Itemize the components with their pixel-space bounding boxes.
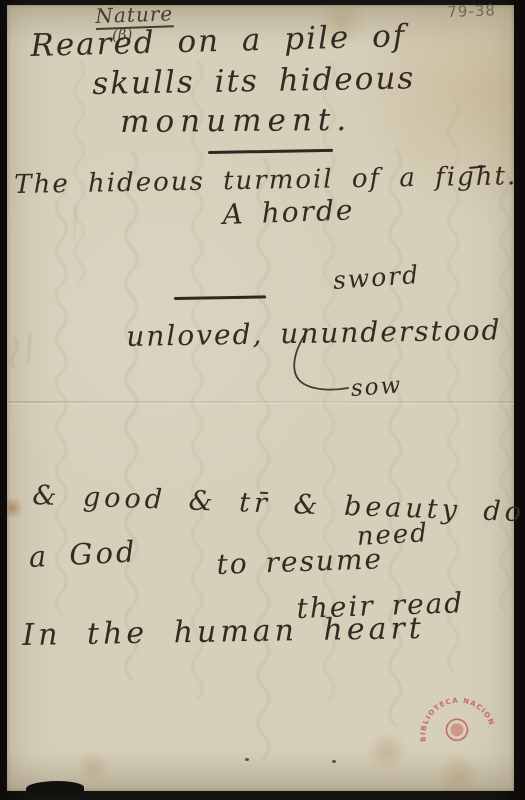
handwritten-rule xyxy=(208,149,333,154)
handwritten-rule xyxy=(174,295,266,299)
stamp-emblem-core xyxy=(449,722,465,738)
manuscript-line: sow xyxy=(350,372,403,402)
manuscript-line: monument. xyxy=(120,102,352,140)
manuscript-line: & good & tr̄ & beauty do not xyxy=(32,480,525,531)
manuscript-line: skulls its hideous xyxy=(92,60,416,102)
manuscript-line: The hideous turmoil of a fight. xyxy=(14,161,517,200)
handwriting-layer: Nature (β) 79-38 Reared on a pile of sku… xyxy=(0,0,525,800)
corner-notch xyxy=(26,781,84,795)
manuscript-line: In the human heart xyxy=(22,611,425,653)
manuscript-line: to resume xyxy=(216,542,384,581)
manuscript-line: a God xyxy=(28,534,138,574)
manuscript-line: Reared on a pile of xyxy=(30,18,407,64)
manuscript-line: A horde xyxy=(222,193,355,231)
catalog-number: 79-38 xyxy=(447,1,496,21)
manuscript-line: sword xyxy=(332,260,421,295)
scanned-manuscript-page: Nature (β) 79-38 Reared on a pile of sku… xyxy=(0,0,525,800)
